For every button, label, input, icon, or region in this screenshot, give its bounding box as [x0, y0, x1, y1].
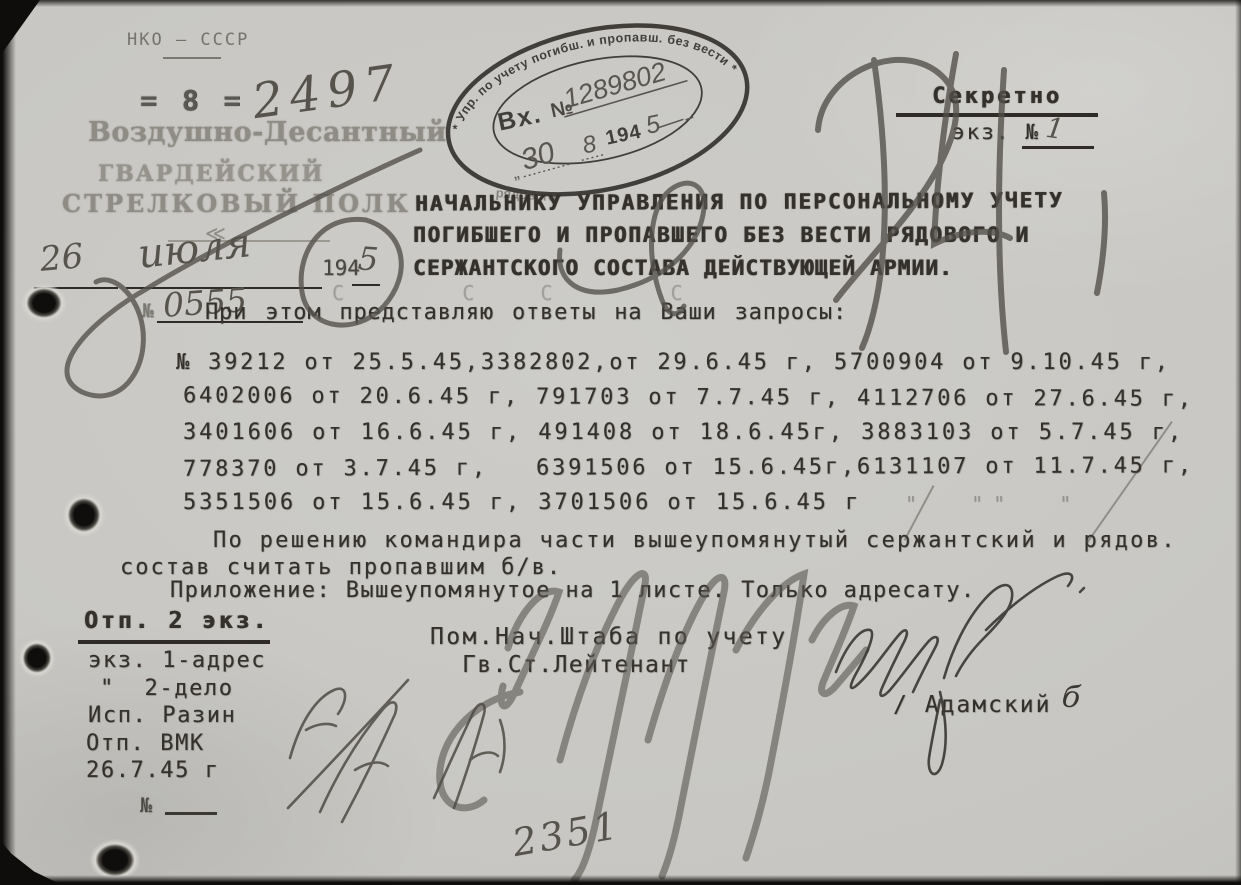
footer-number-line [165, 812, 217, 815]
decision-line-2: состав считать пропавшим б/в. [120, 555, 562, 580]
footer-line-1: экз. 1-адрес [88, 648, 266, 673]
footer-line-4: Отп. ВМК [86, 731, 205, 756]
date-day-handwritten: 26 [38, 236, 85, 280]
copies-header: Отп. 2 экз. [84, 608, 269, 634]
letterhead-unit-number: = 8 = [140, 84, 244, 117]
pencil-scrawl-center-bottom [440, 574, 866, 880]
bottom-number: 2351 [509, 803, 624, 865]
pencil-notes-bottom-left [288, 680, 505, 822]
date-year-handwritten: 5 [357, 239, 380, 278]
request-line-5: 5351506 от 15.6.45 г, 3701506 от 15.6.45… [183, 490, 861, 515]
torn-edge-right [1235, 0, 1241, 885]
stamp-date-day-handwritten: 30 [517, 136, 559, 177]
letterhead-unit-line3: СТРЕЛКОВЫЙ ПОЛК [62, 189, 411, 218]
copy-number-underline [1022, 146, 1094, 149]
paper-hole-3 [16, 636, 58, 680]
footer-line-2: " 2-дело [100, 676, 234, 701]
date-year-printed: 194 [322, 256, 360, 280]
secrecy-underline [896, 113, 1098, 117]
torn-edge-left [0, 0, 16, 885]
paper-hole-4 [86, 836, 144, 884]
ghost-marks: " "" " [905, 492, 1081, 516]
date-month-handwritten: июля [136, 220, 253, 278]
stamp-year-dash [658, 117, 694, 127]
paper-hole-2 [60, 490, 108, 540]
signer-name-hw-mark: б [1060, 679, 1082, 716]
stamp-number-handwritten: 1289802 [560, 56, 669, 114]
stamp-date-quote: „ [511, 162, 521, 183]
secrecy-label: Секретно [932, 84, 1062, 109]
request-line-4: 778370 от 3.7.45 г, 6391506 от 15.6.45г,… [183, 453, 1194, 482]
ink-signature [836, 574, 1084, 774]
stamp-year-printed: 194 [604, 121, 644, 150]
document-page: НКО — СССР = 8 = Воздушно-Десантный ГВАР… [0, 0, 1241, 885]
request-line-2: 6402006 от 20.6.45 г, 791703 от 7.7.45 г… [183, 383, 1194, 412]
stamp-ring-text: * Упр. по учету погибш. и пропавш. без в… [437, 6, 741, 135]
copy-label: экз. № [952, 120, 1040, 144]
stamp-outer-ring [432, 0, 763, 220]
request-line-1: № 39212 от 25.5.45,3382802,от 29.6.45 г,… [176, 350, 1171, 375]
torn-corner-bottom-left [0, 840, 62, 885]
torn-corner-top-left [0, 0, 40, 56]
letterhead-org: НКО — СССР [127, 30, 249, 50]
request-line-3: 3401606 от 16.6.45 г, 491408 от 18.6.45г… [183, 420, 1184, 445]
addressee-line3: СЕРЖАНТСКОГО СОСТАВА ДЕЙСТВУЮЩЕЙ АРМИИ. [413, 256, 953, 280]
copy-number-handwritten: 1 [1044, 111, 1066, 146]
attachment-line: Приложение: Вышеупомянутое на 1 листе. Т… [170, 578, 975, 603]
body-intro: При этом представляю ответы на Ваши запр… [205, 300, 847, 325]
footer-line-3: Исп. Разин [88, 703, 236, 728]
footer-number-label: № [140, 793, 152, 817]
letterhead-divider [163, 57, 221, 59]
paper-hole-1 [18, 281, 70, 325]
signer-name: / Адамский [893, 692, 1051, 718]
doc-number-label: № [142, 300, 153, 322]
stamp-year-handwritten: 5 [643, 110, 663, 140]
signer-position-line1: Пом.Нач.Штаба по учету [430, 624, 787, 650]
torn-edge-bottom [0, 875, 1241, 885]
stamp-date-month: 8 [580, 130, 599, 159]
decision-line-1: По решению командира части вышеупомянуты… [213, 528, 1177, 553]
addressee-line1: НАЧАЛЬНИКУ УПРАВЛЕНИЯ ПО ПЕРСОНАЛЬНОМУ У… [415, 188, 1064, 215]
copies-underline [78, 640, 270, 644]
letterhead-unit-line2: ГВАРДЕЙСКИЙ [98, 161, 324, 187]
addressee-line2: ПОГИБШЕГО И ПРОПАВШЕГО БЕЗ ВЕСТИ РЯДОВОГ… [413, 223, 1030, 247]
footer-line-5: 26.7.45 г [86, 758, 220, 783]
torn-edge-top [0, 0, 1241, 7]
signer-position-line2: Гв.Ст.Лейтенант [462, 652, 691, 678]
